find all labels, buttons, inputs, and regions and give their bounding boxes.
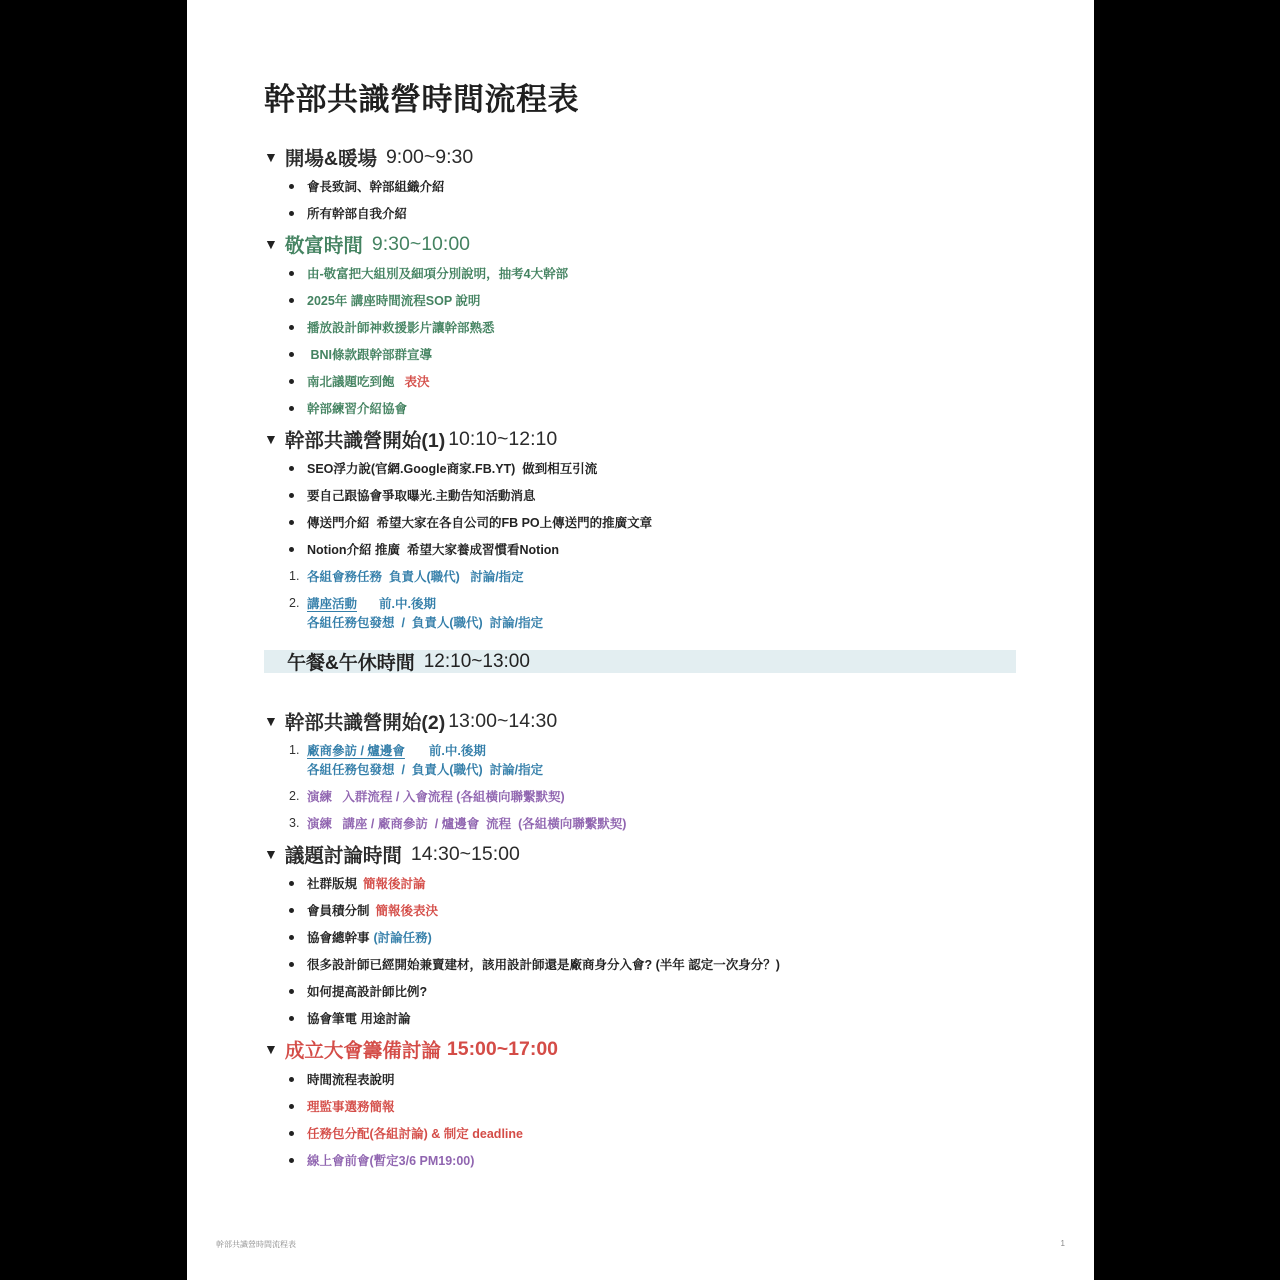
heading-label: 議題討論時間 [285, 840, 402, 868]
bullet-icon [289, 493, 294, 498]
list-item: 傳送門介紹 希望大家在各自公司的FB PO上傳送門的推廣文章 [289, 513, 652, 531]
numbered-item: 1. 各組會務任務 負責人(職代) 討論/指定 [289, 567, 524, 585]
list-item: 任務包分配(各組討論) & 制定 deadline [289, 1124, 523, 1142]
list-item: 很多設計師已經開始兼賣建材，該用設計師還是廠商身分入會? (半年 認定一次身分？… [289, 955, 780, 973]
list-item: 線上會前會(暫定3/6 PM19:00) [289, 1151, 474, 1169]
list-item: 社群版規 簡報後討論 [289, 874, 426, 892]
bullet-icon [289, 908, 294, 913]
toggle-triangle-icon[interactable]: ▼ [264, 236, 278, 252]
toggle-heading-founding[interactable]: ▼ 成立大會籌備討論 15:00~17:00 [264, 1035, 558, 1063]
list-item-text: 各組會務任務 負責人(職代) 討論/指定 [307, 567, 524, 585]
list-item-text: 由-敬富把大組別及細項分別說明，抽考4大幹部 [307, 264, 568, 282]
list-item-text: 前.中.後期 [429, 741, 486, 759]
item-number: 3. [289, 816, 301, 830]
heading-time: 9:00~9:30 [386, 146, 473, 169]
list-item-text: SEO浮力說(官網.Google商家.FB.YT) 做到相互引流 [307, 459, 597, 477]
list-item: 協會筆電 用途討論 [289, 1009, 410, 1027]
heading-label: 開場&暖場 [285, 143, 377, 171]
list-item: 理監事選務簡報 [289, 1097, 395, 1115]
callout-time: 12:10~13:00 [424, 651, 530, 673]
lunch-callout: 午餐&午休時間 12:10~13:00 [264, 650, 1016, 673]
list-item: Notion介紹 推廣 希望大家養成習慣看Notion [289, 540, 559, 558]
heading-time: 14:30~15:00 [411, 843, 520, 866]
item-number: 2. [289, 596, 301, 610]
list-item: BNI條款跟幹部群宣導 [289, 345, 432, 363]
list-item-text: 播放設計師神救援影片讓幹部熟悉 [307, 318, 495, 336]
bullet-icon [289, 1016, 294, 1021]
toggle-heading-camp-1[interactable]: ▼ 幹部共識營開始(1) 10:10~12:10 [264, 425, 557, 453]
heading-time: 10:10~12:10 [448, 428, 557, 451]
list-item-text: 理監事選務簡報 [307, 1097, 395, 1115]
numbered-item-line2: 各組任務包發想 / 負責人(職代) 討論/指定 [307, 760, 543, 778]
heading-label: 成立大會籌備討論 [285, 1035, 441, 1063]
list-item-text: 會員積分制 [307, 901, 370, 919]
numbered-item: 3. 演練 講座 / 廠商參訪 / 爐邊會 流程 (各組橫向聯繫默契) [289, 814, 626, 832]
heading-time: 13:00~14:30 [448, 710, 557, 733]
list-item-text: 協會總幹事 [307, 928, 370, 946]
status-tag: (討論任務) [374, 928, 432, 946]
bullet-icon [289, 406, 294, 411]
bullet-icon [289, 271, 294, 276]
list-item: 播放設計師神救援影片讓幹部熟悉 [289, 318, 495, 336]
list-item-text: 各組任務包發想 / 負責人(職代) 討論/指定 [307, 616, 543, 630]
status-tag: 簡報後表決 [376, 901, 439, 919]
list-item-text: 要自己跟協會爭取曝光.主動告知活動消息 [307, 486, 535, 504]
list-item-text: 時間流程表說明 [307, 1070, 395, 1088]
list-item: 要自己跟協會爭取曝光.主動告知活動消息 [289, 486, 535, 504]
list-item-text: 各組任務包發想 / 負責人(職代) 討論/指定 [307, 763, 543, 777]
page-link-lecture-activity[interactable]: 講座活動 [307, 594, 357, 612]
bullet-icon [289, 1158, 294, 1163]
list-item-text: 很多設計師已經開始兼賣建材，該用設計師還是廠商身分入會? (半年 認定一次身分？… [307, 955, 780, 973]
bullet-icon [289, 520, 294, 525]
page-link-vendor-visit[interactable]: 廠商參訪 / 爐邊會 [307, 741, 405, 759]
status-tag: 表決 [405, 372, 430, 390]
list-item-text: 所有幹部自我介紹 [307, 204, 407, 222]
list-item: 會長致詞、幹部組織介紹 [289, 177, 445, 195]
bullet-icon [289, 298, 294, 303]
list-item: 2025年 講座時間流程SOP 說明 [289, 291, 480, 309]
list-item: 如何提高設計師比例? [289, 982, 427, 1000]
footer-page-number: 1 [1061, 1239, 1065, 1248]
heading-time: 15:00~17:00 [447, 1038, 558, 1061]
toggle-heading-jingfu[interactable]: ▼ 敬富時間 9:30~10:00 [264, 230, 470, 258]
callout-label: 午餐&午休時間 [287, 648, 415, 675]
item-number: 1. [289, 743, 301, 757]
heading-label: 幹部共識營開始(2) [285, 707, 445, 735]
status-tag: 簡報後討論 [363, 874, 426, 892]
bullet-icon [289, 962, 294, 967]
toggle-heading-camp-2[interactable]: ▼ 幹部共識營開始(2) 13:00~14:30 [264, 707, 557, 735]
list-item-text: 社群版規 [307, 874, 357, 892]
list-item-text: 任務包分配(各組討論) & 制定 deadline [307, 1124, 523, 1142]
numbered-item: 1. 廠商參訪 / 爐邊會 前.中.後期 [289, 741, 486, 759]
numbered-item: 2. 講座活動 前.中.後期 [289, 594, 436, 612]
list-item: 協會總幹事 (討論任務) [289, 928, 432, 946]
toggle-heading-opening[interactable]: ▼ 開場&暖場 9:00~9:30 [264, 143, 473, 171]
heading-label: 幹部共識營開始(1) [285, 425, 445, 453]
footer-doc-name: 幹部共識營時間流程表 [216, 1239, 296, 1250]
bullet-icon [289, 325, 294, 330]
list-item-text: 2025年 講座時間流程SOP 說明 [307, 291, 480, 309]
list-item-text: BNI條款跟幹部群宣導 [307, 345, 432, 363]
list-item-text: 協會筆電 用途討論 [307, 1009, 410, 1027]
item-number: 2. [289, 789, 301, 803]
bullet-icon [289, 989, 294, 994]
toggle-triangle-icon[interactable]: ▼ [264, 431, 278, 447]
list-item: 會員積分制 簡報後表決 [289, 901, 438, 919]
toggle-triangle-icon[interactable]: ▼ [264, 149, 278, 165]
bullet-icon [289, 352, 294, 357]
bullet-icon [289, 1077, 294, 1082]
list-item: 南北議題吃到飽 表決 [289, 372, 430, 390]
item-number: 1. [289, 569, 301, 583]
numbered-item: 2. 演練 入群流程 / 入會流程 (各組橫向聯繫默契) [289, 787, 565, 805]
bullet-icon [289, 1131, 294, 1136]
list-item-text: 傳送門介紹 希望大家在各自公司的FB PO上傳送門的推廣文章 [307, 513, 652, 531]
list-item: SEO浮力說(官網.Google商家.FB.YT) 做到相互引流 [289, 459, 597, 477]
bullet-icon [289, 211, 294, 216]
bullet-icon [289, 881, 294, 886]
list-item: 幹部練習介紹協會 [289, 399, 407, 417]
heading-label: 敬富時間 [285, 230, 363, 258]
bullet-icon [289, 935, 294, 940]
heading-time: 9:30~10:00 [372, 233, 470, 256]
list-item-text: 前.中.後期 [379, 594, 436, 612]
bullet-icon [289, 466, 294, 471]
list-item-text: 幹部練習介紹協會 [307, 399, 407, 417]
list-item-text: 如何提高設計師比例? [307, 982, 427, 1000]
list-item: 所有幹部自我介紹 [289, 204, 407, 222]
list-item-text: 演練 講座 / 廠商參訪 / 爐邊會 流程 (各組橫向聯繫默契) [307, 814, 626, 832]
numbered-item-line2: 各組任務包發想 / 負責人(職代) 討論/指定 [307, 613, 543, 631]
toggle-heading-discussion[interactable]: ▼ 議題討論時間 14:30~15:00 [264, 840, 520, 868]
toggle-triangle-icon[interactable]: ▼ [264, 1041, 278, 1057]
bullet-icon [289, 184, 294, 189]
document-page: 幹部共識營時間流程表 ▼ 開場&暖場 9:00~9:30 會長致詞、幹部組織介紹… [187, 0, 1094, 1280]
list-item-text: 南北議題吃到飽 [307, 372, 395, 390]
list-item: 時間流程表說明 [289, 1070, 395, 1088]
list-item-text: Notion介紹 推廣 希望大家養成習慣看Notion [307, 540, 559, 558]
list-item: 由-敬富把大組別及細項分別說明，抽考4大幹部 [289, 264, 568, 282]
list-item-text: 演練 入群流程 / 入會流程 (各組橫向聯繫默契) [307, 787, 565, 805]
toggle-triangle-icon[interactable]: ▼ [264, 846, 278, 862]
bullet-icon [289, 379, 294, 384]
toggle-triangle-icon[interactable]: ▼ [264, 713, 278, 729]
list-item-text: 線上會前會(暫定3/6 PM19:00) [307, 1151, 474, 1169]
bullet-icon [289, 1104, 294, 1109]
page-title: 幹部共識營時間流程表 [264, 74, 579, 119]
list-item-text: 會長致詞、幹部組織介紹 [307, 177, 445, 195]
bullet-icon [289, 547, 294, 552]
